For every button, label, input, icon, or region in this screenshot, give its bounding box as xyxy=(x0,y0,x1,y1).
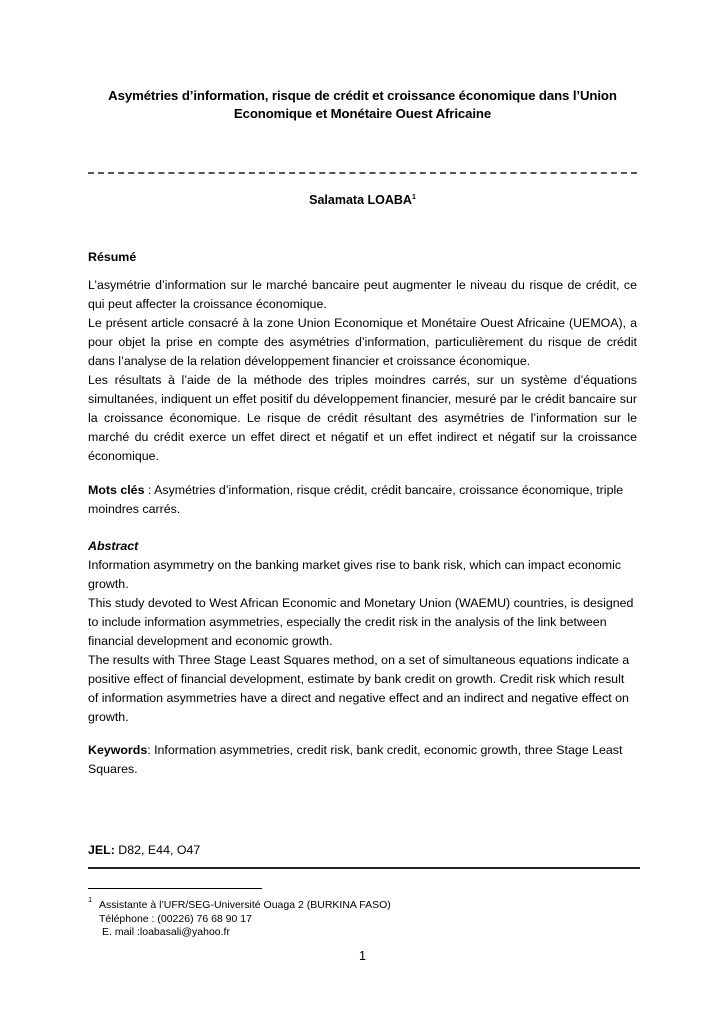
footnote: 1 Assistante à l’UFR/SEG-Université Ouag… xyxy=(88,893,391,940)
keywords-text: : Information asymmetries, credit risk, … xyxy=(88,743,622,776)
resume-heading: Résumé xyxy=(88,248,637,267)
resume-body: L’asymétrie d’information sur le marché … xyxy=(88,276,637,466)
jel-label: JEL: xyxy=(88,843,115,857)
document-page: Asymétries d’information, risque de créd… xyxy=(0,0,725,1024)
footnote-email[interactable]: E. mail :loabasali@yahoo.fr xyxy=(99,926,391,940)
abstract-body: Information asymmetry on the banking mar… xyxy=(88,556,637,727)
mots-cles-text: : Asymétries d’information, risque crédi… xyxy=(88,483,623,516)
author-footnote-ref[interactable]: 1 xyxy=(412,194,416,201)
jel-values: D82, E44, O47 xyxy=(115,843,200,857)
resume-paragraph: Le présent article consacré à la zone Un… xyxy=(88,314,637,371)
footnote-affiliation: Assistante à l’UFR/SEG-Université Ouaga … xyxy=(99,899,391,913)
abstract-paragraph: Information asymmetry on the banking mar… xyxy=(88,556,637,594)
mots-cles-label: Mots clés xyxy=(88,483,144,497)
footnote-separator xyxy=(88,888,262,889)
footnote-mark: 1 xyxy=(88,893,92,907)
author: Salamata LOABA1 xyxy=(88,193,637,207)
resume-paragraph: L’asymétrie d’information sur le marché … xyxy=(88,276,637,314)
title-line-1: Asymétries d’information, risque de créd… xyxy=(88,87,637,105)
abstract-heading: Abstract xyxy=(88,537,637,556)
abstract-paragraph: The results with Three Stage Least Squar… xyxy=(88,651,637,727)
page-number: 1 xyxy=(0,949,725,963)
mots-cles: Mots clés : Asymétries d’information, ri… xyxy=(88,481,637,519)
dashed-separator xyxy=(88,172,637,174)
abstract-paragraph: This study devoted to West African Econo… xyxy=(88,594,637,651)
keywords-label: Keywords xyxy=(88,743,147,757)
paper-title: Asymétries d’information, risque de créd… xyxy=(88,87,637,123)
resume-paragraph: Les résultats à l’aide de la méthode des… xyxy=(88,371,637,466)
title-line-2: Economique et Monétaire Ouest Africaine xyxy=(88,105,637,123)
keywords: Keywords: Information asymmetries, credi… xyxy=(88,741,637,779)
author-name: Salamata LOABA xyxy=(309,193,412,207)
horizontal-rule xyxy=(88,867,640,869)
jel-codes: JEL: D82, E44, O47 xyxy=(88,843,200,857)
footnote-phone: Téléphone : (00226) 76 68 90 17 xyxy=(99,913,391,927)
